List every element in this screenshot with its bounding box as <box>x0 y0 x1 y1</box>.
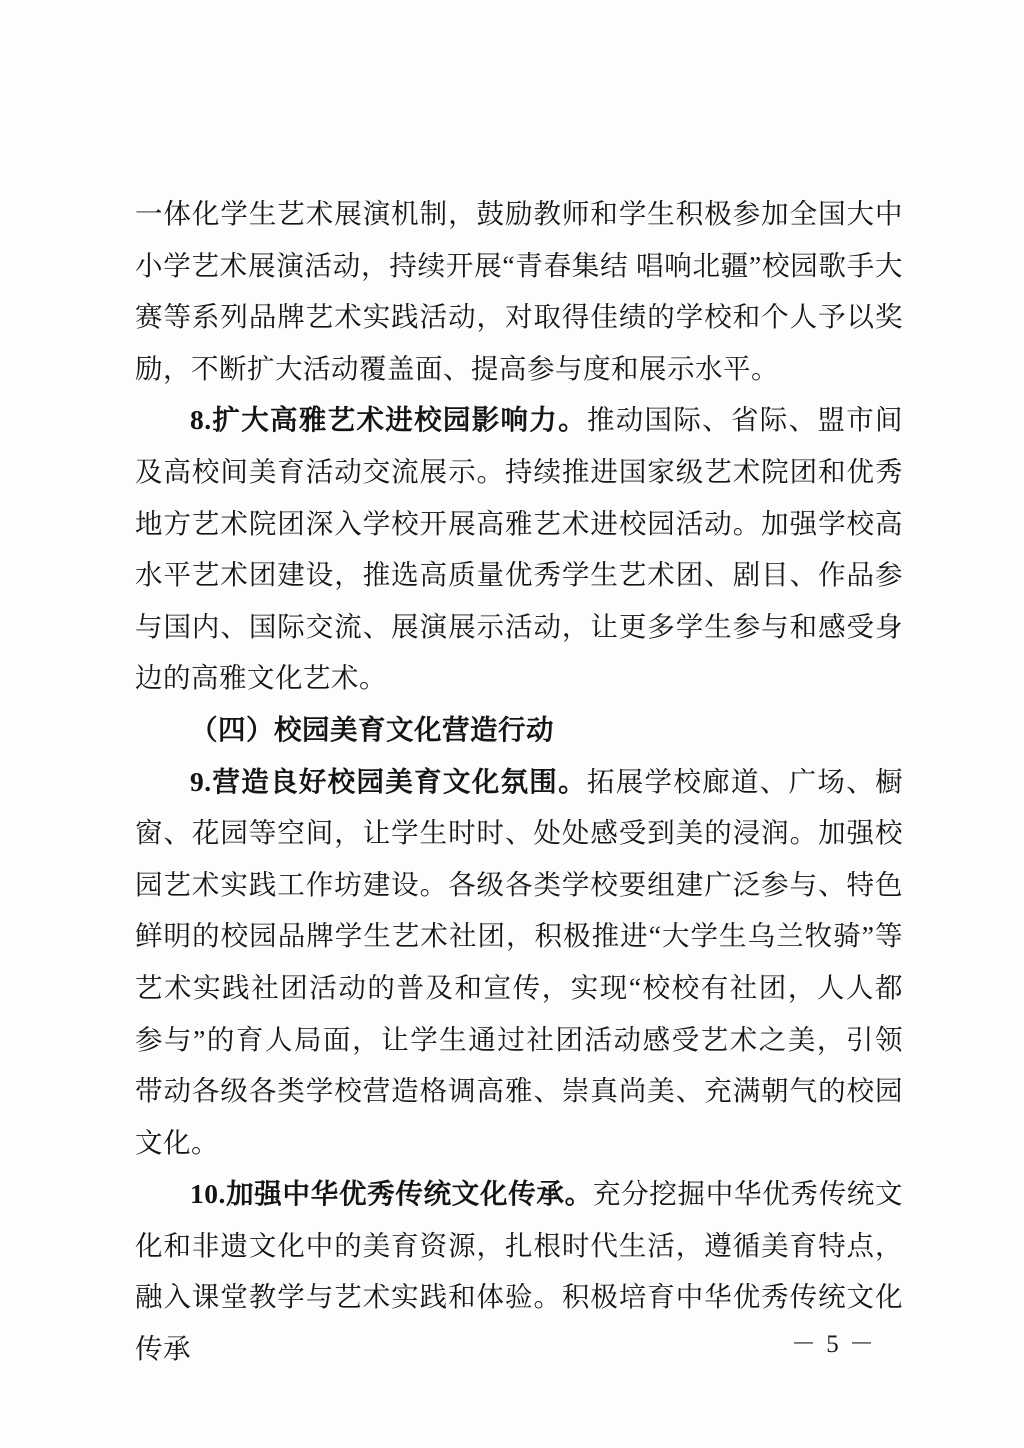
paragraph-text: 一体化学生艺术展演机制，鼓励教师和学生积极参加全国大中小学艺术展演活动，持续开展… <box>135 198 903 384</box>
item-9-heading: 9.营造良好校园美育文化氛围。 <box>190 766 587 797</box>
section-heading-4: （四）校园美育文化营造行动 <box>135 704 903 756</box>
document-body: 一体化学生艺术展演机制，鼓励教师和学生积极参加全国大中小学艺术展演活动，持续开展… <box>135 188 903 1375</box>
paragraph-item-9: 9.营造良好校园美育文化氛围。拓展学校廊道、广场、橱窗、花园等空间，让学生时时、… <box>135 756 903 1169</box>
paragraph-text: 拓展学校廊道、广场、橱窗、花园等空间，让学生时时、处处感受到美的浸润。加强校园艺… <box>135 766 903 1158</box>
paragraph-item-10: 10.加强中华优秀传统文化传承。充分挖掘中华优秀传统文化和非遗文化中的美育资源，… <box>135 1168 903 1374</box>
page-number: － 5 － <box>791 1328 876 1362</box>
paragraph-text: 推动国际、省际、盟市间及高校间美育活动交流展示。持续推进国家级艺术院团和优秀地方… <box>135 404 903 693</box>
item-10-heading: 10.加强中华优秀传统文化传承。 <box>190 1178 593 1209</box>
item-8-heading: 8.扩大高雅艺术进校园影响力。 <box>190 404 587 435</box>
paragraph-continuation: 一体化学生艺术展演机制，鼓励教师和学生积极参加全国大中小学艺术展演活动，持续开展… <box>135 188 903 394</box>
document-page: 一体化学生艺术展演机制，鼓励教师和学生积极参加全国大中小学艺术展演活动，持续开展… <box>0 0 1024 1448</box>
section-heading-text: （四）校园美育文化营造行动 <box>190 714 554 745</box>
paragraph-item-8: 8.扩大高雅艺术进校园影响力。推动国际、省际、盟市间及高校间美育活动交流展示。持… <box>135 394 903 704</box>
